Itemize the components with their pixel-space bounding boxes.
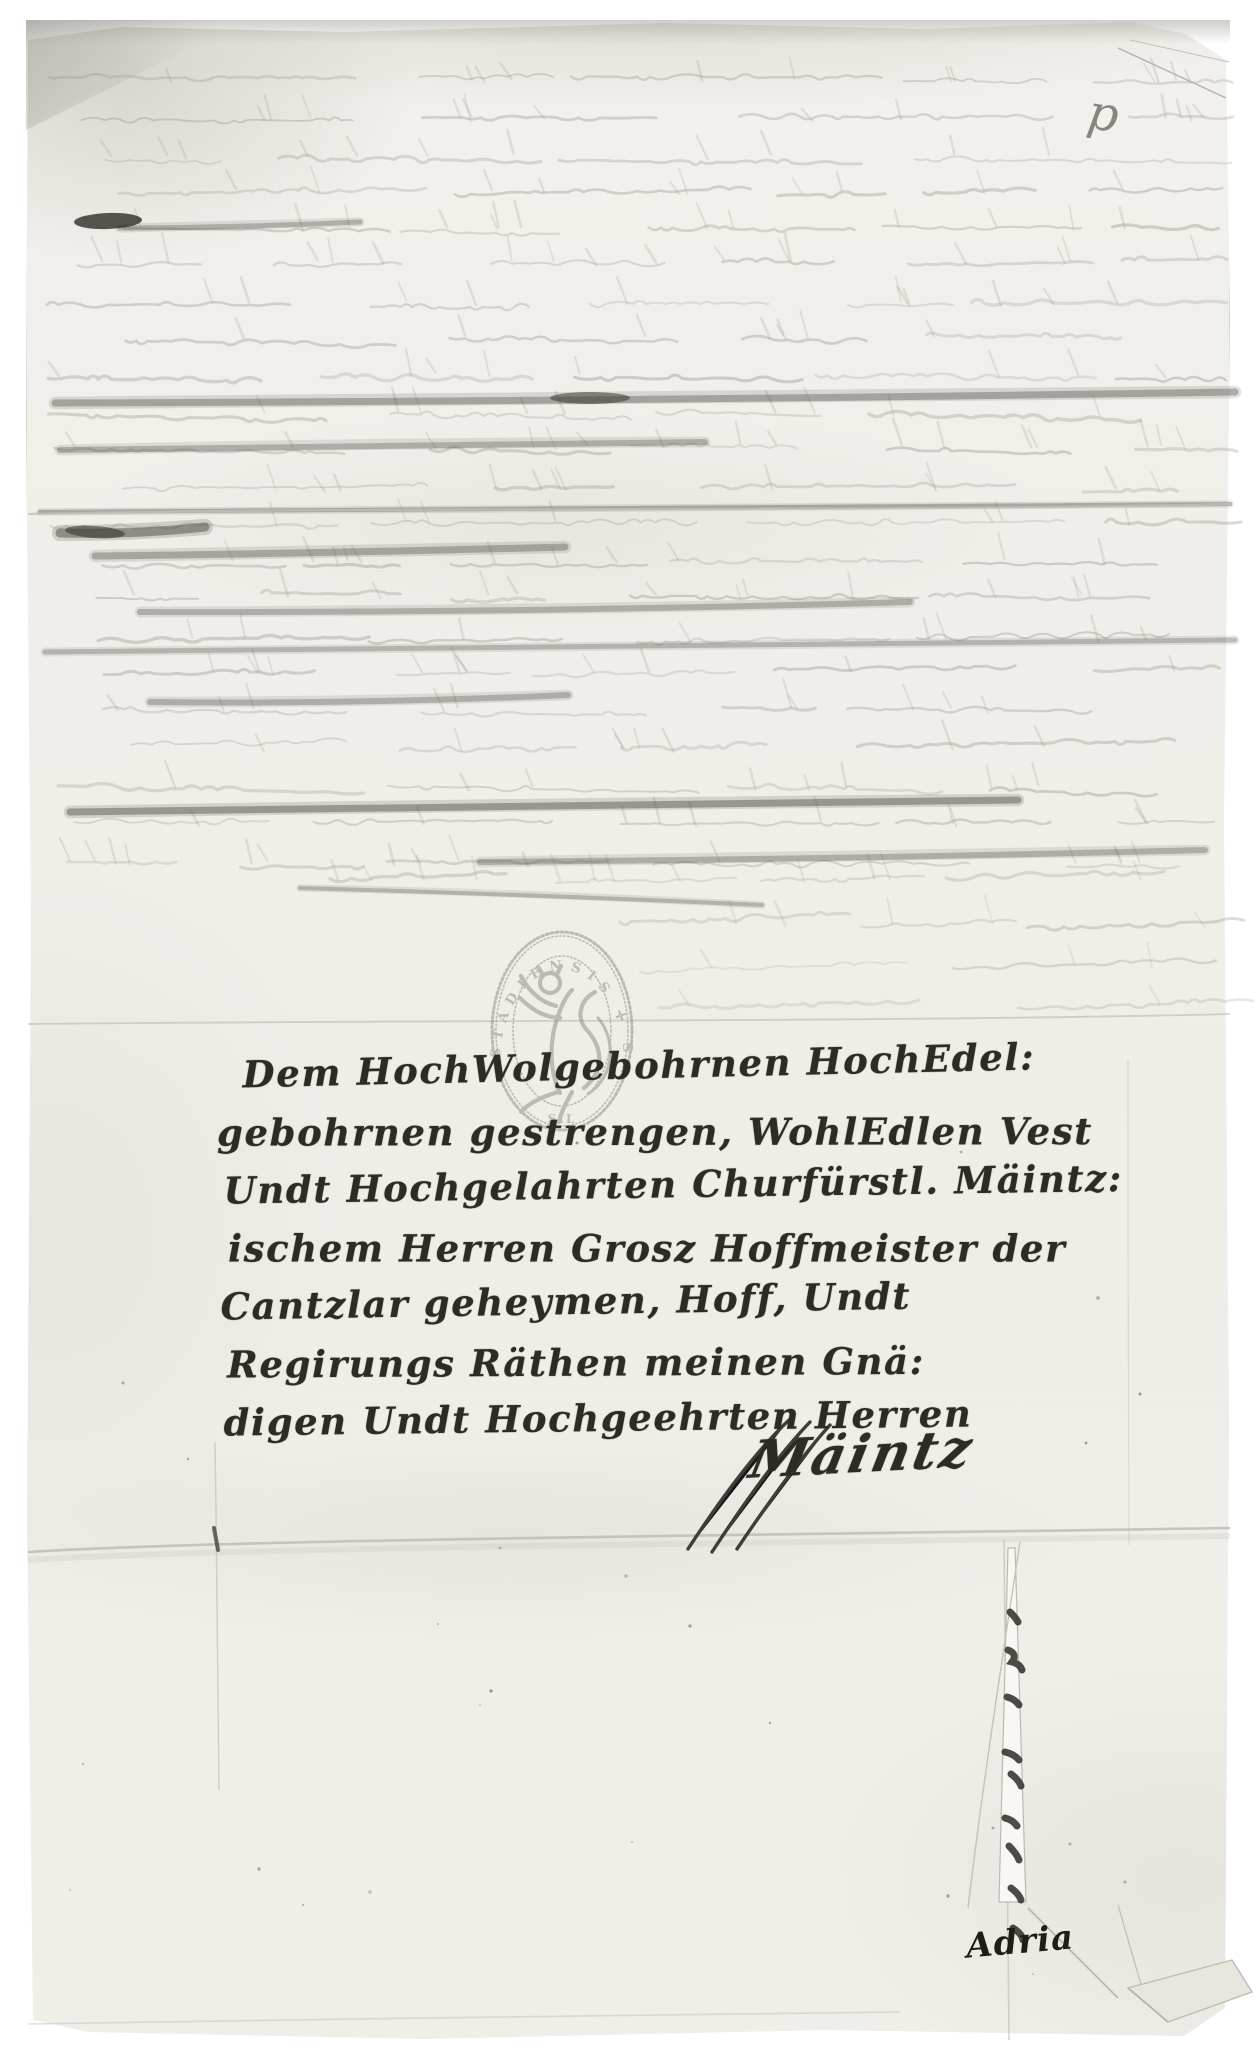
page-decoration-layer: STADIENSIS ✛ SECRETUM SIL (0, 0, 1260, 2063)
address-line: Undt Hochgelahrten Churfürstl. Mäintz: (223, 1150, 1048, 1219)
scan-background: STADIENSIS ✛ SECRETUM SIL (0, 0, 1260, 2063)
address-line: Cantzlar geheymen, Hoff, Undt (220, 1265, 1049, 1336)
address-block: Dem HochWolgebohrnen HochEdel: gebohrnen… (216, 1038, 1050, 1451)
bleedthrough-writing (47, 58, 1253, 1010)
destination-signature: Mäintz (745, 1418, 980, 1490)
torn-sliver (968, 1542, 1026, 1940)
